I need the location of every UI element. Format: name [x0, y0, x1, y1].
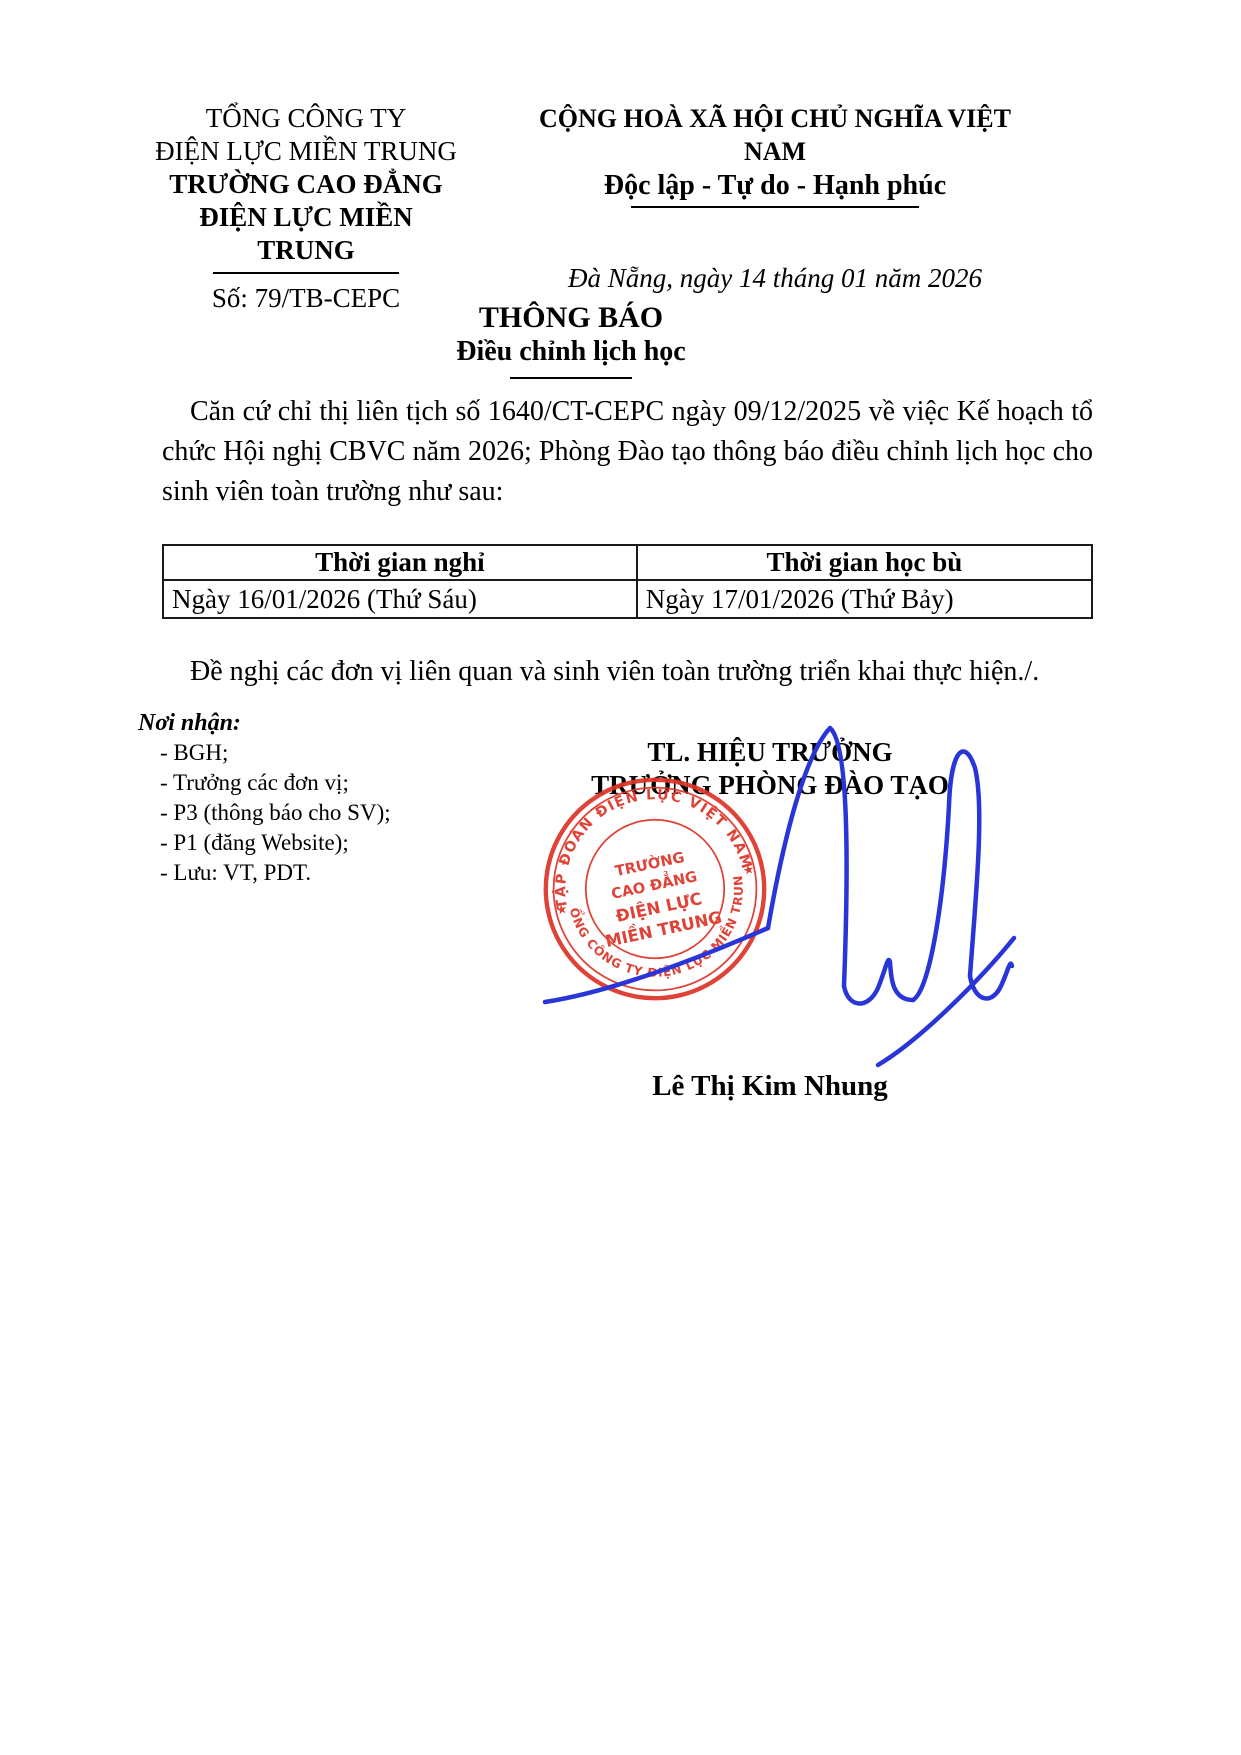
closing-sentence: Đề nghị các đơn vị liên quan và sinh viê…: [162, 652, 1093, 692]
recipients-block: Nơi nhận: - BGH; - Trưởng các đơn vị; - …: [138, 708, 468, 888]
document-page: TỔNG CÔNG TY ĐIỆN LỰC MIỀN TRUNG TRƯỜNG …: [0, 0, 1241, 1755]
national-motto: Độc lập - Tự do - Hạnh phúc: [505, 168, 1045, 203]
parent-org-line2: ĐIỆN LỰC MIỀN TRUNG: [150, 135, 462, 168]
header-cell-makeup-time: Thời gian học bù: [637, 545, 1092, 580]
title-underline: [510, 377, 632, 379]
place-date-line: Đà Nẵng, ngày 14 tháng 01 năm 2026: [505, 263, 1045, 294]
document-type-title: THÔNG BÁO: [150, 300, 992, 336]
org-underline: [213, 272, 399, 274]
schedule-table: Thời gian nghỉ Thời gian học bù Ngày 16/…: [162, 544, 1093, 619]
document-title-block: THÔNG BÁO Điều chỉnh lịch học: [150, 300, 992, 379]
parent-org-line1: TỔNG CÔNG TY: [150, 102, 462, 135]
org-name-line1: TRƯỜNG CAO ĐẲNG: [150, 168, 462, 201]
issuing-org-block: TỔNG CÔNG TY ĐIỆN LỰC MIỀN TRUNG TRƯỜNG …: [150, 102, 462, 315]
recipient-item: - P3 (thông báo cho SV);: [138, 798, 468, 828]
signer-name: Lê Thị Kim Nhung: [520, 1070, 1020, 1103]
national-title: CỘNG HOÀ XÃ HỘI CHỦ NGHĨA VIỆT NAM: [505, 102, 1045, 168]
recipients-label: Nơi nhận:: [138, 708, 468, 738]
recipient-item: - Trưởng các đơn vị;: [138, 768, 468, 798]
recipient-item: - BGH;: [138, 738, 468, 768]
cell-makeup-time: Ngày 17/01/2026 (Thứ Bảy): [637, 580, 1092, 618]
recipient-item: - P1 (đăng Website);: [138, 828, 468, 858]
table-row: Ngày 16/01/2026 (Thứ Sáu) Ngày 17/01/202…: [163, 580, 1092, 618]
header-cell-time-off: Thời gian nghỉ: [163, 545, 637, 580]
motto-underline: [631, 206, 919, 208]
document-subject-title: Điều chỉnh lịch học: [150, 336, 992, 368]
recipient-item: - Lưu: VT, PDT.: [138, 858, 468, 888]
cell-time-off: Ngày 16/01/2026 (Thứ Sáu): [163, 580, 637, 618]
national-header-block: CỘNG HOÀ XÃ HỘI CHỦ NGHĨA VIỆT NAM Độc l…: [505, 102, 1045, 294]
org-name-line2: ĐIỆN LỰC MIỀN TRUNG: [150, 201, 462, 267]
handwritten-signature: [520, 700, 1020, 1090]
body-paragraph: Căn cứ chỉ thị liên tịch số 1640/CT-CEPC…: [162, 392, 1093, 512]
table-header-row: Thời gian nghỉ Thời gian học bù: [163, 545, 1092, 580]
